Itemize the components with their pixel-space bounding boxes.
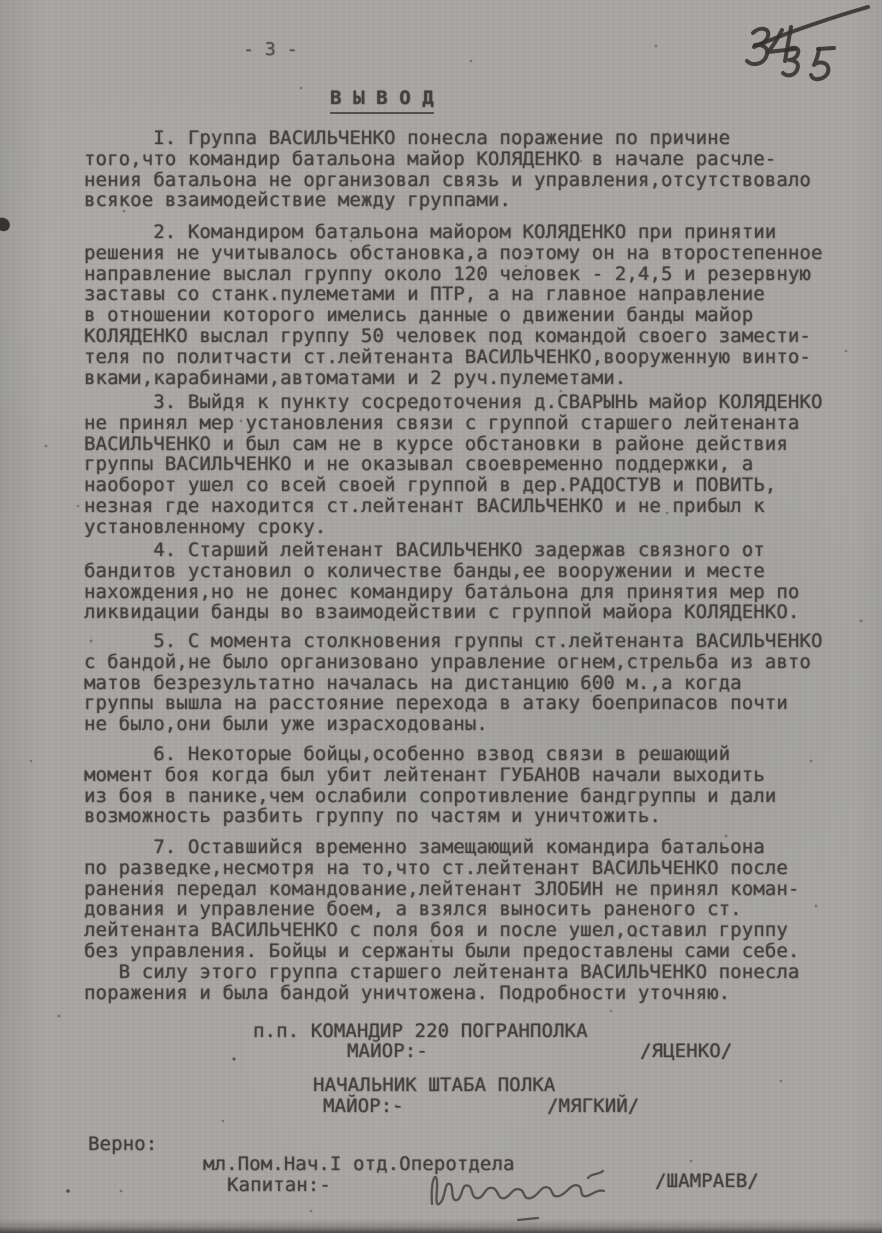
scanned-document-page: - 3 - В Ы В О Д I. Группа ВАСИЛЬЧЕНКО по…	[0, 0, 882, 1233]
commander-rank: МАЙОР:-	[347, 1041, 428, 1062]
typed-layer: - 3 - В Ы В О Д I. Группа ВАСИЛЬЧЕНКО по…	[0, 0, 882, 1233]
pp-commander-line: п.п. КОМАНДИР 220 ПОГРАНПОЛКА	[253, 1021, 588, 1042]
paragraph-6: 6. Некоторые бойцы,особенно взвод связи …	[84, 744, 864, 827]
paragraph-2: 2. Командиром батальона майором КОЛЯДЕНК…	[84, 222, 864, 388]
certifier-rank: Капитан:-	[227, 1175, 331, 1196]
commander-name: /ЯЦЕНКО/	[640, 1041, 732, 1062]
paragraph-7: 7. Оставшийся временно замещающий команд…	[84, 837, 864, 1003]
paragraph-3: 3. Выйдя к пункту сосредоточения д.СВАРЫ…	[84, 392, 864, 538]
paragraph-4: 4. Старший лейтенант ВАСИЛЬЧЕНКО задержа…	[84, 540, 864, 623]
chief-name: /МЯГКИЙ/	[547, 1096, 639, 1117]
certifier-name: /ШАМРАЕВ/	[655, 1171, 759, 1192]
paragraph-5: 5. С момента столкновения группы ст.лейт…	[84, 631, 864, 735]
certified-label: Верно:	[88, 1134, 157, 1155]
handwritten-signature	[420, 1152, 660, 1227]
page-number: - 3 -	[243, 40, 298, 61]
chief-rank: МАЙОР:-	[323, 1096, 404, 1117]
scan-bottom-edge	[0, 1219, 882, 1233]
document-title: В Ы В О Д	[330, 88, 434, 114]
paragraph-1: I. Группа ВАСИЛЬЧЕНКО понесла поражение …	[84, 128, 864, 211]
chief-of-staff-title: НАЧАЛЬНИК ШТАБА ПОЛКА	[313, 1075, 555, 1096]
